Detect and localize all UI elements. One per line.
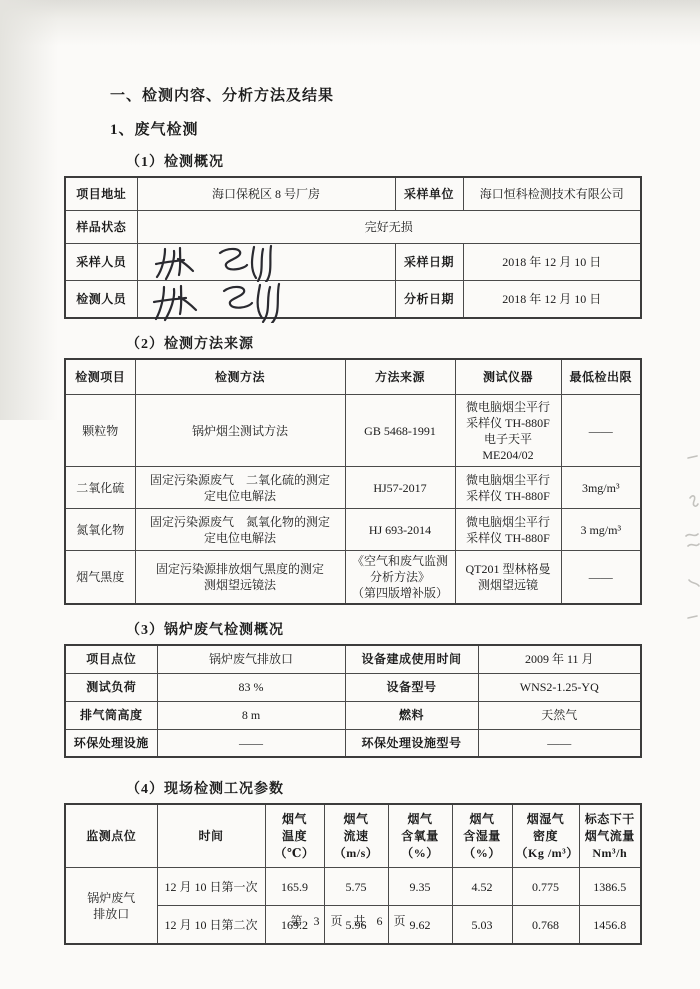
table-row: 颗粒物 锅炉烟尘测试方法 GB 5468-1991 微电脑烟尘平行 采样仪 TH… (65, 395, 641, 467)
column-header: 烟气 含氧量 （%） (388, 804, 452, 868)
cell-method: 锅炉烟尘测试方法 (135, 395, 345, 467)
handwritten-signature (148, 277, 318, 323)
column-header: 烟湿气 密度 （Kg /m³） (512, 804, 579, 868)
cell-instrument: 微电脑烟尘平行 采样仪 TH-880F 电子天平 ME204/02 (455, 395, 561, 467)
cell-dry-flow: 1386.5 (579, 868, 641, 906)
table-row: 项目点位 锅炉废气排放口 设备建成使用时间 2009 年 11 月 (65, 645, 641, 673)
page-title: 一、检测内容、分析方法及结果 (110, 84, 640, 105)
column-header: 方法来源 (345, 359, 455, 395)
scan-bleed-marks (678, 440, 700, 640)
row-label: 环保处理设施型号 (345, 729, 478, 757)
table-row: 锅炉废气 排放口 12 月 10 日第一次 165.9 5.75 9.35 4.… (65, 868, 641, 906)
row-label: 样品状态 (65, 211, 137, 244)
cell-moisture-content: 4.52 (452, 868, 512, 906)
scan-shadow-left (0, 0, 58, 420)
row-label: 燃料 (345, 701, 478, 729)
row-label: 项目点位 (65, 645, 157, 673)
table-row: 排气筒高度 8 m 燃料 天然气 (65, 701, 641, 729)
table-row: 氮氧化物 固定污染源废气 氮氧化物的测定 定电位电解法 HJ 693-2014 … (65, 509, 641, 551)
cell-source: 《空气和废气监测 分析方法》 （第四版增补版） (345, 551, 455, 605)
table-row: 环保处理设施 —— 环保处理设施型号 —— (65, 729, 641, 757)
cell-flue-temp: 165.9 (265, 868, 324, 906)
section2-title: （2）检测方法来源 (126, 333, 640, 353)
cell-analysis-date: 2018 年 12 月 10 日 (463, 281, 641, 319)
row-label: 设备型号 (345, 673, 478, 701)
row-label: 设备建成使用时间 (345, 645, 478, 673)
cell-method: 固定污染源废气 氮氧化物的测定 定电位电解法 (135, 509, 345, 551)
row-label: 采样日期 (395, 244, 463, 281)
table-row: 样品状态 完好无损 (65, 211, 641, 244)
row-label: 采样人员 (65, 244, 137, 281)
subsection-title-waste-gas: 1、废气检测 (110, 118, 640, 139)
report-page: 一、检测内容、分析方法及结果 1、废气检测 （1）检测概况 项目地址 海口保税区… (64, 0, 640, 945)
column-header: 烟气 温度 （℃） (265, 804, 324, 868)
cell-detection-limit: 3mg/m³ (561, 467, 641, 509)
table-row: 检测人员 分析日期 2018 年 (65, 281, 641, 319)
handwritten-signature (148, 240, 308, 282)
cell-item: 二氧化硫 (65, 467, 135, 509)
cell-instrument: QT201 型林格曼 测烟望远镜 (455, 551, 561, 605)
column-header: 标态下干 烟气流量 Nm³/h (579, 804, 641, 868)
cell-treatment-model: —— (478, 729, 641, 757)
cell-treatment-facility: —— (157, 729, 345, 757)
section4-title: （4）现场检测工况参数 (126, 778, 640, 798)
cell-source: HJ 693-2014 (345, 509, 455, 551)
section3-title: （3）锅炉废气检测概况 (126, 619, 640, 639)
column-header: 检测项目 (65, 359, 135, 395)
table-header-row: 检测项目 检测方法 方法来源 测试仪器 最低检出限 (65, 359, 641, 395)
table-row: 二氧化硫 固定污染源废气 二氧化硫的测定 定电位电解法 HJ57-2017 微电… (65, 467, 641, 509)
cell-point: 锅炉废气排放口 (157, 645, 345, 673)
cell-item: 烟气黑度 (65, 551, 135, 605)
column-header: 监测点位 (65, 804, 157, 868)
row-label: 分析日期 (395, 281, 463, 319)
cell-sampling-date: 2018 年 12 月 10 日 (463, 244, 641, 281)
page-number: 第 3 页 共 6 页 (0, 912, 700, 929)
cell-detection-limit: —— (561, 551, 641, 605)
cell-tester-signature (137, 281, 395, 319)
cell-item: 颗粒物 (65, 395, 135, 467)
overview-table: 项目地址 海口保税区 8 号厂房 采样单位 海口恒科检测技术有限公司 样品状态 … (64, 176, 642, 319)
table-row: 烟气黑度 固定污染源排放烟气黑度的测定 测烟望远镜法 《空气和废气监测 分析方法… (65, 551, 641, 605)
table-row: 项目地址 海口保税区 8 号厂房 采样单位 海口恒科检测技术有限公司 (65, 177, 641, 211)
column-header: 最低检出限 (561, 359, 641, 395)
section1-title: （1）检测概况 (126, 151, 640, 171)
column-header: 烟气 含湿量 （%） (452, 804, 512, 868)
column-header: 烟气 流速 （m/s） (324, 804, 388, 868)
cell-monitoring-point: 锅炉废气 排放口 (65, 868, 157, 945)
cell-commission-date: 2009 年 11 月 (478, 645, 641, 673)
row-label: 排气筒高度 (65, 701, 157, 729)
cell-time: 12 月 10 日第一次 (157, 868, 265, 906)
cell-sampling-unit: 海口恒科检测技术有限公司 (463, 177, 641, 211)
cell-sampler-signature (137, 244, 395, 281)
column-header: 测试仪器 (455, 359, 561, 395)
cell-detection-limit: —— (561, 395, 641, 467)
cell-equipment-model: WNS2-1.25-YQ (478, 673, 641, 701)
cell-gas-density: 0.775 (512, 868, 579, 906)
cell-project-address: 海口保税区 8 号厂房 (137, 177, 395, 211)
table-row: 测试负荷 83 % 设备型号 WNS2-1.25-YQ (65, 673, 641, 701)
cell-flue-velocity: 5.75 (324, 868, 388, 906)
cell-source: HJ57-2017 (345, 467, 455, 509)
cell-stack-height: 8 m (157, 701, 345, 729)
cell-method: 固定污染源排放烟气黑度的测定 测烟望远镜法 (135, 551, 345, 605)
table-row: 采样人员 采样日期 2018 年 (65, 244, 641, 281)
column-header: 时间 (157, 804, 265, 868)
cell-oxygen-content: 9.35 (388, 868, 452, 906)
row-label: 检测人员 (65, 281, 137, 319)
row-label: 环保处理设施 (65, 729, 157, 757)
row-label: 测试负荷 (65, 673, 157, 701)
cell-sample-state: 完好无损 (137, 211, 641, 244)
cell-instrument: 微电脑烟尘平行 采样仪 TH-880F (455, 509, 561, 551)
cell-item: 氮氧化物 (65, 509, 135, 551)
boiler-overview-table: 项目点位 锅炉废气排放口 设备建成使用时间 2009 年 11 月 测试负荷 8… (64, 644, 642, 758)
cell-method: 固定污染源废气 二氧化硫的测定 定电位电解法 (135, 467, 345, 509)
cell-fuel: 天然气 (478, 701, 641, 729)
method-source-table: 检测项目 检测方法 方法来源 测试仪器 最低检出限 颗粒物 锅炉烟尘测试方法 G… (64, 358, 642, 605)
cell-detection-limit: 3 mg/m³ (561, 509, 641, 551)
row-label: 采样单位 (395, 177, 463, 211)
column-header: 检测方法 (135, 359, 345, 395)
cell-source: GB 5468-1991 (345, 395, 455, 467)
cell-instrument: 微电脑烟尘平行 采样仪 TH-880F (455, 467, 561, 509)
row-label: 项目地址 (65, 177, 137, 211)
table-header-row: 监测点位 时间 烟气 温度 （℃） 烟气 流速 （m/s） 烟气 含氧量 （%）… (65, 804, 641, 868)
cell-test-load: 83 % (157, 673, 345, 701)
